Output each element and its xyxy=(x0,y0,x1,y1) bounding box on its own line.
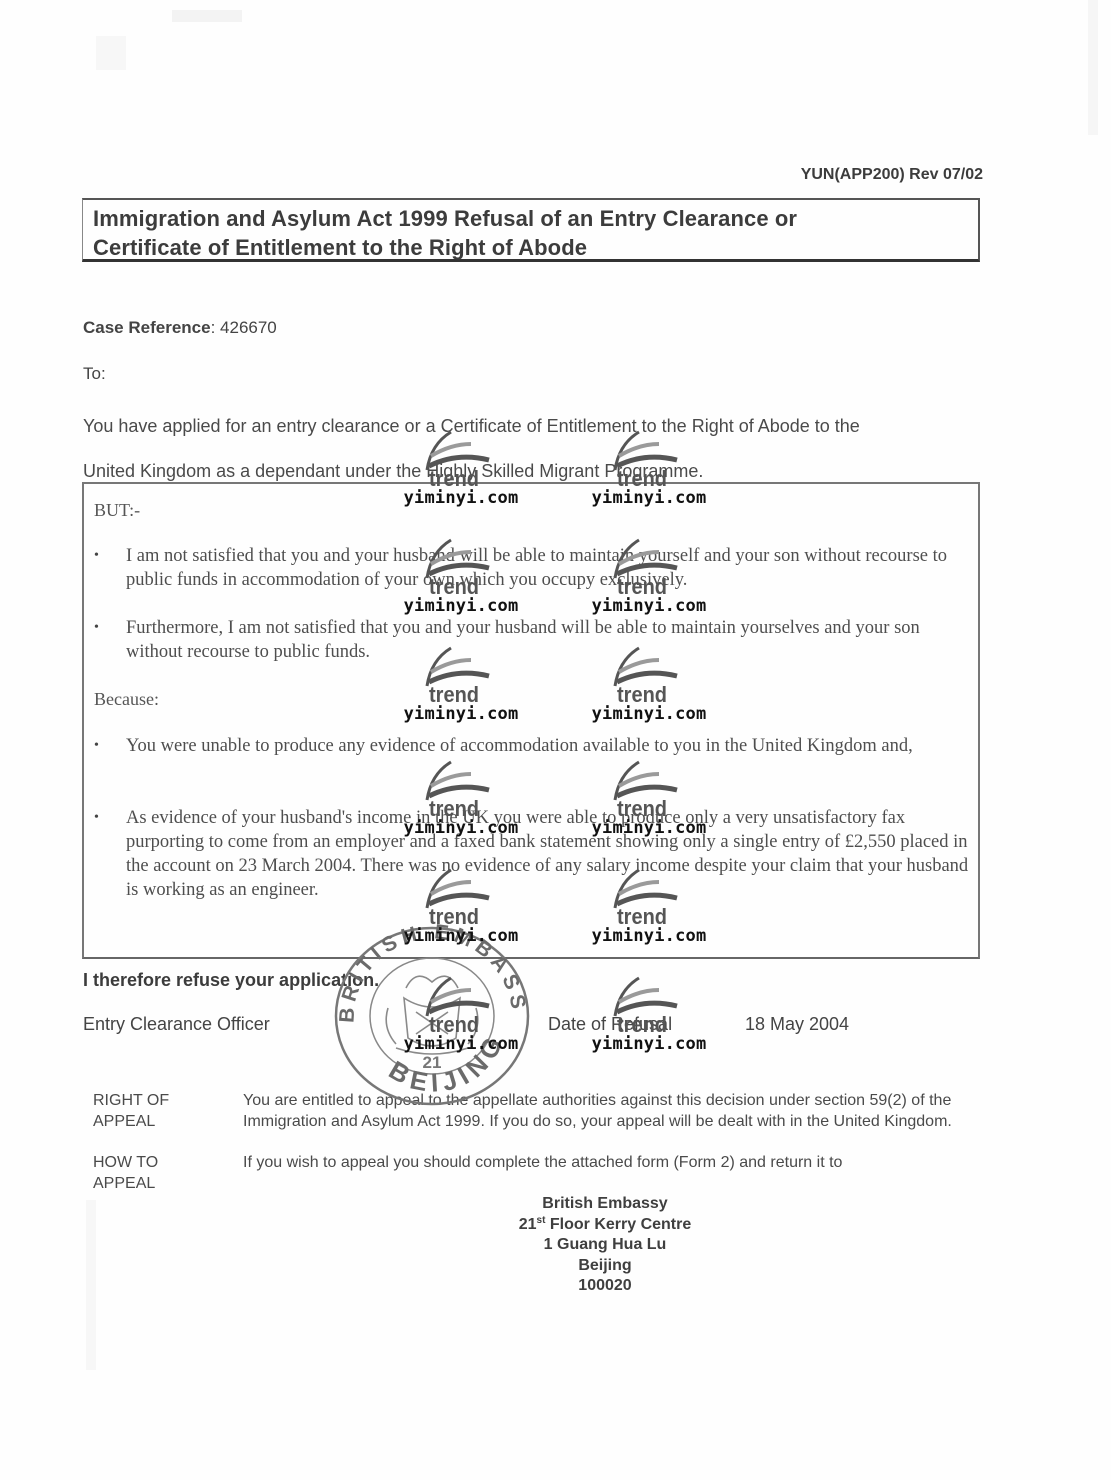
watermark-site-text: yiminyi.com xyxy=(574,1034,724,1054)
bullet-icon: • xyxy=(94,734,99,758)
trend-swoosh-logo-icon: trend xyxy=(421,976,501,1034)
how-to-appeal-text: If you wish to appeal you should complet… xyxy=(243,1152,973,1173)
because-label: Because: xyxy=(94,687,159,711)
case-reference: Case Reference: 426670 xyxy=(83,318,277,338)
because-item-1: • You were unable to produce any evidenc… xyxy=(126,734,976,758)
case-reference-label: Case Reference xyxy=(83,318,211,337)
how-to-appeal-label-line-1: HOW TO xyxy=(93,1152,223,1173)
svg-text:trend: trend xyxy=(429,1012,479,1034)
address-line-1: British Embassy xyxy=(470,1194,740,1215)
right-of-appeal-label-line-2: APPEAL xyxy=(93,1111,223,1132)
watermark-site-text: yiminyi.com xyxy=(386,1034,536,1054)
scan-artifact xyxy=(86,1200,96,1370)
document-title-line-2: Certificate of Entitlement to the Right … xyxy=(93,233,978,262)
because-text-1: You were unable to produce any evidence … xyxy=(126,736,913,756)
because-text-2: As evidence of your husband's income in … xyxy=(126,808,968,900)
refusal-decision: I therefore refuse your application. xyxy=(83,970,379,991)
right-of-appeal-text: You are entitled to appeal to the appell… xyxy=(243,1090,973,1132)
not-satisfied-item-1: • I am not satisfied that you and your h… xyxy=(126,544,976,592)
form-code: YUN(APP200) Rev 07/02 xyxy=(801,166,983,184)
scan-artifact xyxy=(1088,0,1098,135)
to-label: To: xyxy=(83,364,106,384)
not-satisfied-text-2: Furthermore, I am not satisfied that you… xyxy=(126,618,920,662)
bullet-icon: • xyxy=(94,806,99,830)
address-floor-number: 21 xyxy=(519,1216,537,1233)
svg-text:BEIJING: BEIJING xyxy=(384,1027,511,1098)
embassy-address: British Embassy 21st Floor Kerry Centre … xyxy=(470,1194,740,1297)
not-satisfied-item-2: • Furthermore, I am not satisfied that y… xyxy=(126,616,976,664)
how-to-appeal-label: HOW TO APPEAL xyxy=(93,1152,223,1194)
stamp-center-number: 21 xyxy=(423,1053,442,1072)
document-title-line-1: Immigration and Asylum Act 1999 Refusal … xyxy=(93,204,978,233)
right-of-appeal-label: RIGHT OF APPEAL xyxy=(93,1090,223,1132)
scan-artifact xyxy=(172,10,242,22)
not-satisfied-text-1: I am not satisfied that you and your hus… xyxy=(126,546,947,590)
scanned-document-page: YUN(APP200) Rev 07/02 Immigration and As… xyxy=(0,0,1111,1480)
document-title-box: Immigration and Asylum Act 1999 Refusal … xyxy=(82,198,980,262)
date-of-refusal-value: 18 May 2004 xyxy=(745,1014,849,1035)
bullet-icon: • xyxy=(94,544,99,568)
case-reference-value: 426670 xyxy=(220,318,277,337)
address-line-2: 21st Floor Kerry Centre xyxy=(470,1215,740,1236)
intro-paragraph: You have applied for an entry clearance … xyxy=(83,404,983,494)
address-line-3: 1 Guang Hua Lu xyxy=(470,1235,740,1256)
stamp-bottom-text: BEIJING xyxy=(384,1027,511,1098)
watermark: trendyiminyi.com xyxy=(386,976,536,1056)
address-line-4: Beijing xyxy=(470,1256,740,1277)
intro-line-1: You have applied for an entry clearance … xyxy=(83,404,983,449)
address-building: Floor Kerry Centre xyxy=(545,1216,691,1233)
but-label: BUT:- xyxy=(94,498,140,522)
scan-artifact xyxy=(96,36,126,70)
bullet-icon: • xyxy=(94,616,99,640)
because-item-2: • As evidence of your husband's income i… xyxy=(126,806,976,902)
reasons-box: BUT:- • I am not satisfied that you and … xyxy=(82,482,980,959)
case-reference-separator: : xyxy=(211,318,220,337)
how-to-appeal-label-line-2: APPEAL xyxy=(93,1173,223,1194)
right-of-appeal-label-line-1: RIGHT OF xyxy=(93,1090,223,1111)
entry-clearance-officer-label: Entry Clearance Officer xyxy=(83,1014,270,1035)
address-line-5: 100020 xyxy=(470,1276,740,1297)
date-of-refusal-label: Date of Refusal xyxy=(548,1014,672,1035)
